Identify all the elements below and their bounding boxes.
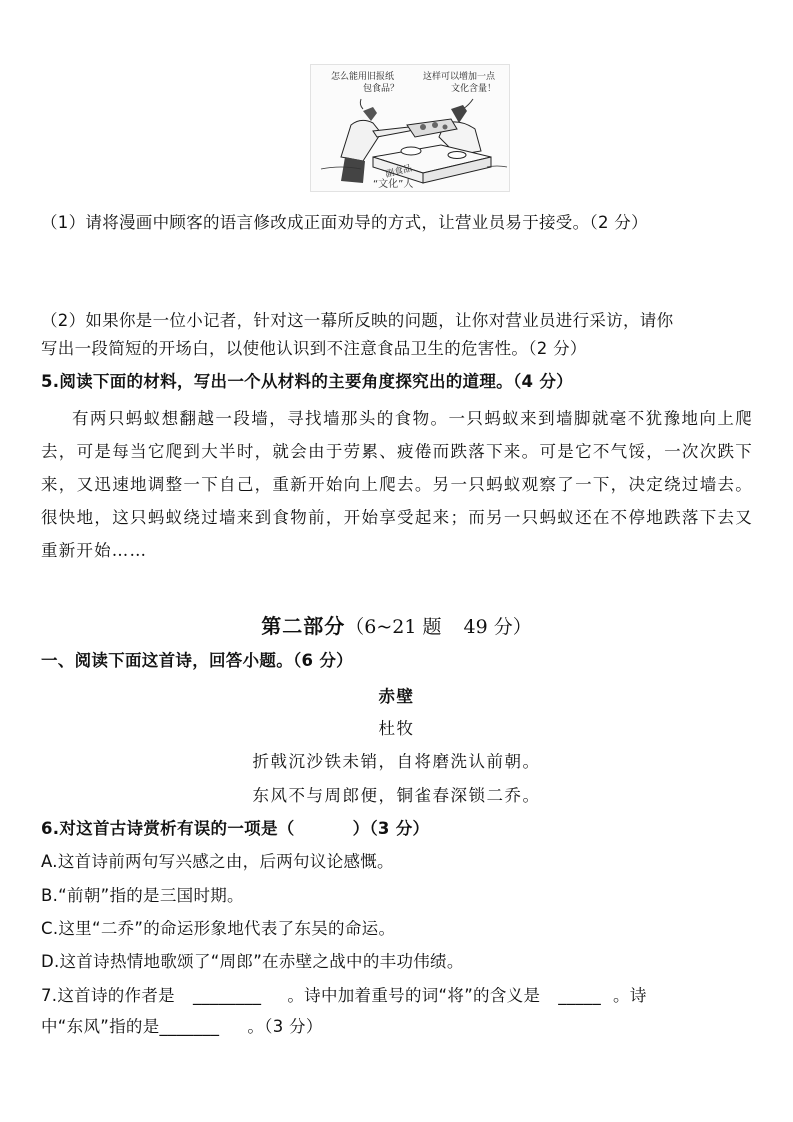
part2-title: 第二部分（6~21 题49 分） — [0, 613, 793, 640]
poem-title: 赤壁 — [0, 686, 793, 708]
poem-line-2: 东风不与周郎便，铜雀春深锁二乔。 — [0, 785, 793, 807]
q5-material: 有两只蚂蚁想翻越一段墙，寻找墙那头的食物。一只蚂蚁来到墙脚就毫不犹豫地向上爬去，… — [41, 402, 753, 567]
q6-stem: 6.对这首古诗赏析有误的一项是（）（3 分） — [41, 818, 429, 840]
q6-stem-end: ）（3 分） — [353, 819, 430, 838]
q6-option-a: A.这首诗前两句写兴感之由，后两句议论感慨。 — [41, 851, 394, 873]
q7-line2-part2: 。（3 分） — [247, 1017, 322, 1036]
q6-stem-start: 6.对这首古诗赏析有误的一项是（ — [41, 819, 295, 838]
poem-author: 杜牧 — [0, 718, 793, 740]
part2-range: （6~21 题 — [345, 616, 441, 638]
q7-part1: 7.这首诗的作者是 — [41, 986, 175, 1005]
q6-option-d: D.这首诗热情地歌颂了“周郎”在赤壁之战中的丰功伟绩。 — [41, 951, 464, 973]
part2-score: 49 分） — [464, 616, 532, 638]
q7-line1: 7.这首诗的作者是________。诗中加着重号的词“将”的含义是_____。诗 — [41, 985, 647, 1007]
part2-title-label: 第二部分 — [261, 614, 345, 638]
q5-prompt: 5.阅读下面的材料，写出一个从材料的主要角度探究出的道理。（4 分） — [41, 371, 573, 393]
q6-option-c: C.这里“二乔”的命运形象地代表了东吴的命运。 — [41, 918, 395, 940]
q4-sub1: （1）请将漫画中顾客的语言修改成正面劝导的方式，让营业员易于接受。（2 分） — [41, 212, 648, 234]
q7-part2: 。诗中加着重号的词“将”的含义是 — [287, 986, 540, 1005]
q7-part3: 。诗 — [613, 986, 647, 1005]
section1-heading: 一、阅读下面这首诗，回答小题。（6 分） — [41, 650, 353, 672]
cartoon-illustration: 怎么能用旧报纸 包食品？ 这样可以增加一点 文化含量！ 副食品 “文化”人 — [310, 64, 510, 192]
cartoon-caption: “文化”人 — [373, 175, 413, 190]
q7-blank-author[interactable]: ________ — [193, 986, 261, 1005]
poem-line-1: 折戟沉沙铁未销，自将磨洗认前朝。 — [0, 751, 793, 773]
q4-sub2-line2: 写出一段简短的开场白，以使他认识到不注意食品卫生的危害性。（2 分） — [41, 338, 587, 360]
q7-line2: 中“东风”指的是_______。（3 分） — [41, 1016, 323, 1038]
q7-line2-part1: 中“东风”指的是 — [41, 1017, 160, 1036]
q7-blank-jiang[interactable]: _____ — [558, 986, 601, 1005]
q4-sub2-line1: （2）如果你是一位小记者，针对这一幕所反映的问题，让你对营业员进行采访，请你 — [41, 310, 673, 332]
q6-option-b: B.“前朝”指的是三国时期。 — [41, 885, 244, 907]
q7-blank-dongfeng[interactable]: _______ — [160, 1017, 220, 1036]
